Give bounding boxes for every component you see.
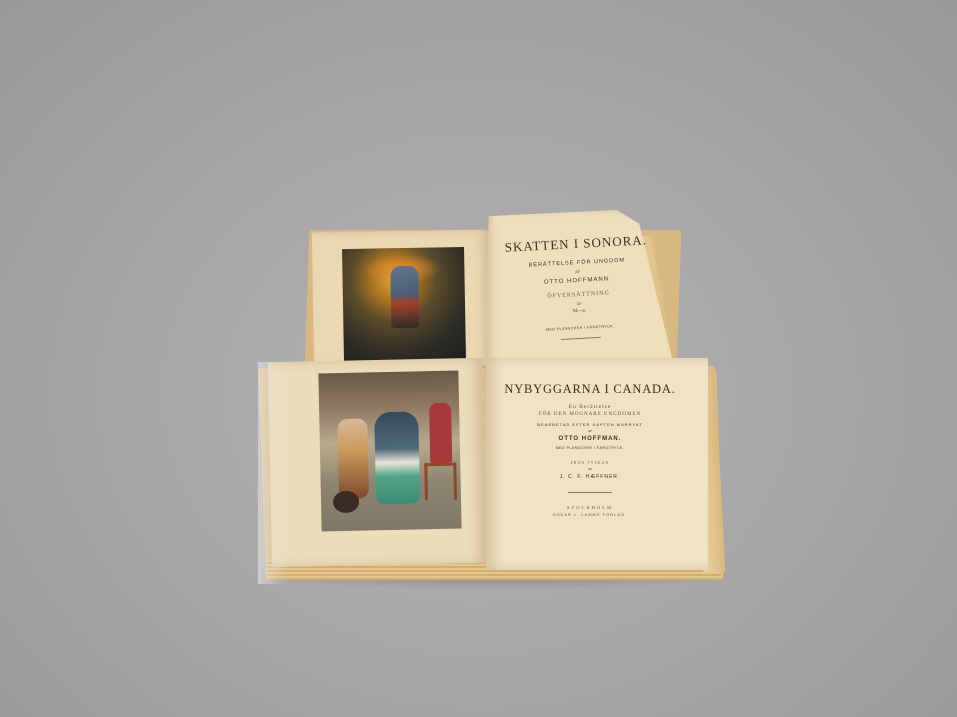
woman-green-dress-figure: [374, 411, 420, 504]
book-title: SKATTEN I SONORA.: [491, 232, 662, 257]
chair: [424, 463, 457, 501]
dog-figure: [333, 491, 359, 514]
by-label: AF: [490, 467, 690, 471]
subtitle-line-2: FÖR DEN MOGNARE UNGDOMEN: [490, 412, 690, 417]
book-title: NYBYGGARNA I CANADA.: [490, 382, 690, 397]
book-skatten-i-sonora: SKATTEN I SONORA. BERÄTTELSE FÖR UNGDOM …: [305, 206, 680, 366]
title-block: SKATTEN I SONORA. BERÄTTELSE FÖR UNGDOM …: [490, 224, 666, 345]
torch-figure: [390, 266, 419, 328]
ornament-rule: [568, 492, 612, 493]
translator: J. C. F. HÆFFNER.: [490, 474, 690, 480]
frontispiece-illustration: [342, 247, 466, 361]
man-red-coat-figure: [429, 403, 452, 463]
subtitle-line-3: BEARBETAD EFTER KAPTEN MARRYAT: [490, 422, 690, 427]
photo-scene: SKATTEN I SONORA. BERÄTTELSE FÖR UNGDOM …: [0, 0, 957, 717]
publication-city: STOCKHOLM: [490, 505, 690, 510]
book-author: OTTO HOFFMAN.: [490, 436, 690, 442]
girl-figure: [337, 418, 369, 499]
publisher: OSKAR L. LAMMS FÖRLAG.: [490, 512, 690, 517]
plates-note: MED PLANSCHER I FÄRGTRYCK.: [495, 321, 665, 334]
frontispiece-illustration: [318, 371, 461, 532]
plastic-sleeve: [258, 362, 288, 584]
subtitle-line-1: En Berättelse: [490, 404, 690, 410]
from-language: FRÅN TYSKAN: [490, 460, 690, 465]
book-nybyggarna-i-canada: NYBYGGARNA I CANADA. En Berättelse FÖR D…: [258, 352, 723, 584]
plates-note: MED PLANSCHER I FÄRGTRYCK.: [490, 446, 690, 450]
title-block: NYBYGGARNA I CANADA. En Berättelse FÖR D…: [490, 382, 690, 517]
by-label: AF: [490, 429, 690, 433]
